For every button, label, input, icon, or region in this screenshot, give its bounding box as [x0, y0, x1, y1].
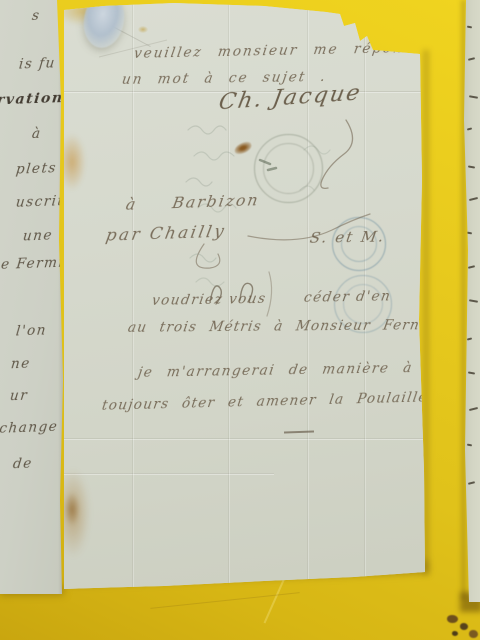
fold-crease [64, 473, 274, 474]
right-page-ink-fragment [467, 232, 472, 235]
right-page-ink-fragment [467, 444, 472, 447]
body-line-3: je m'arrangerai de manière à [137, 360, 414, 381]
right-page-ink-fragment [468, 371, 475, 374]
photo-of-handwritten-letter: s is fu observation à plets uscrit une d… [0, 0, 480, 640]
left-page-fragment: l'on [15, 322, 48, 339]
right-page-ink-fragment [468, 57, 475, 61]
right-page-ink-fragment [469, 407, 478, 411]
right-page-ink-fragment [469, 95, 478, 99]
right-page-ink-fragment [469, 299, 478, 303]
right-page-ink-fragment [468, 265, 475, 269]
left-page-fragment: échange [0, 419, 59, 437]
left-page-fragment: ur [9, 388, 29, 405]
body-line-4: toujours ôter et amener la Poulaille [101, 390, 429, 414]
postmark-stamp-faint [254, 134, 323, 203]
stain [64, 492, 80, 526]
fold-crease [64, 438, 426, 439]
right-page-ink-fragment [468, 481, 475, 485]
left-page-fragment: de [12, 456, 33, 473]
body-line-1b: céder d'en [303, 288, 393, 306]
left-page-fragment: plets [15, 160, 58, 177]
left-page-fragment: observation [0, 90, 64, 110]
right-page-ink-fragment [468, 165, 475, 168]
left-page-fragment: à [32, 126, 43, 142]
left-page-fragment: s [31, 8, 41, 24]
left-page-fragment: ne [10, 356, 31, 373]
left-page-fragment: de Fermi [0, 255, 65, 274]
left-page-edge: s is fu observation à plets uscrit une d… [0, 0, 66, 594]
body-line-1: voudriez vous [151, 291, 268, 309]
address-line-2-dept: S. et M. [309, 228, 387, 247]
underline-dash [284, 430, 314, 433]
right-page-ink-fragment [469, 197, 478, 201]
address-line-1: à Barbizon [124, 191, 261, 214]
ink-blot [233, 140, 253, 156]
paper-debris [469, 630, 478, 638]
address-line-2: par Chailly [104, 222, 227, 245]
paper-debris [460, 623, 468, 630]
right-page-ink-fragment [467, 26, 472, 29]
right-page-ink-fragment [467, 337, 472, 340]
left-page-fragment: une [22, 227, 54, 244]
right-page-ink-fragment [467, 127, 472, 130]
paper-debris [452, 631, 458, 636]
main-letter-page: veuillez monsieur me répondre un mot à c… [64, 0, 426, 592]
body-line-2: au trois Métris à Monsieur Fernan [127, 317, 441, 336]
left-page-fragment: is fu [18, 55, 57, 72]
fold-crease [132, 0, 133, 592]
stain [138, 26, 148, 33]
left-page-fragment: uscrit [15, 193, 65, 211]
paper-debris [447, 615, 458, 623]
